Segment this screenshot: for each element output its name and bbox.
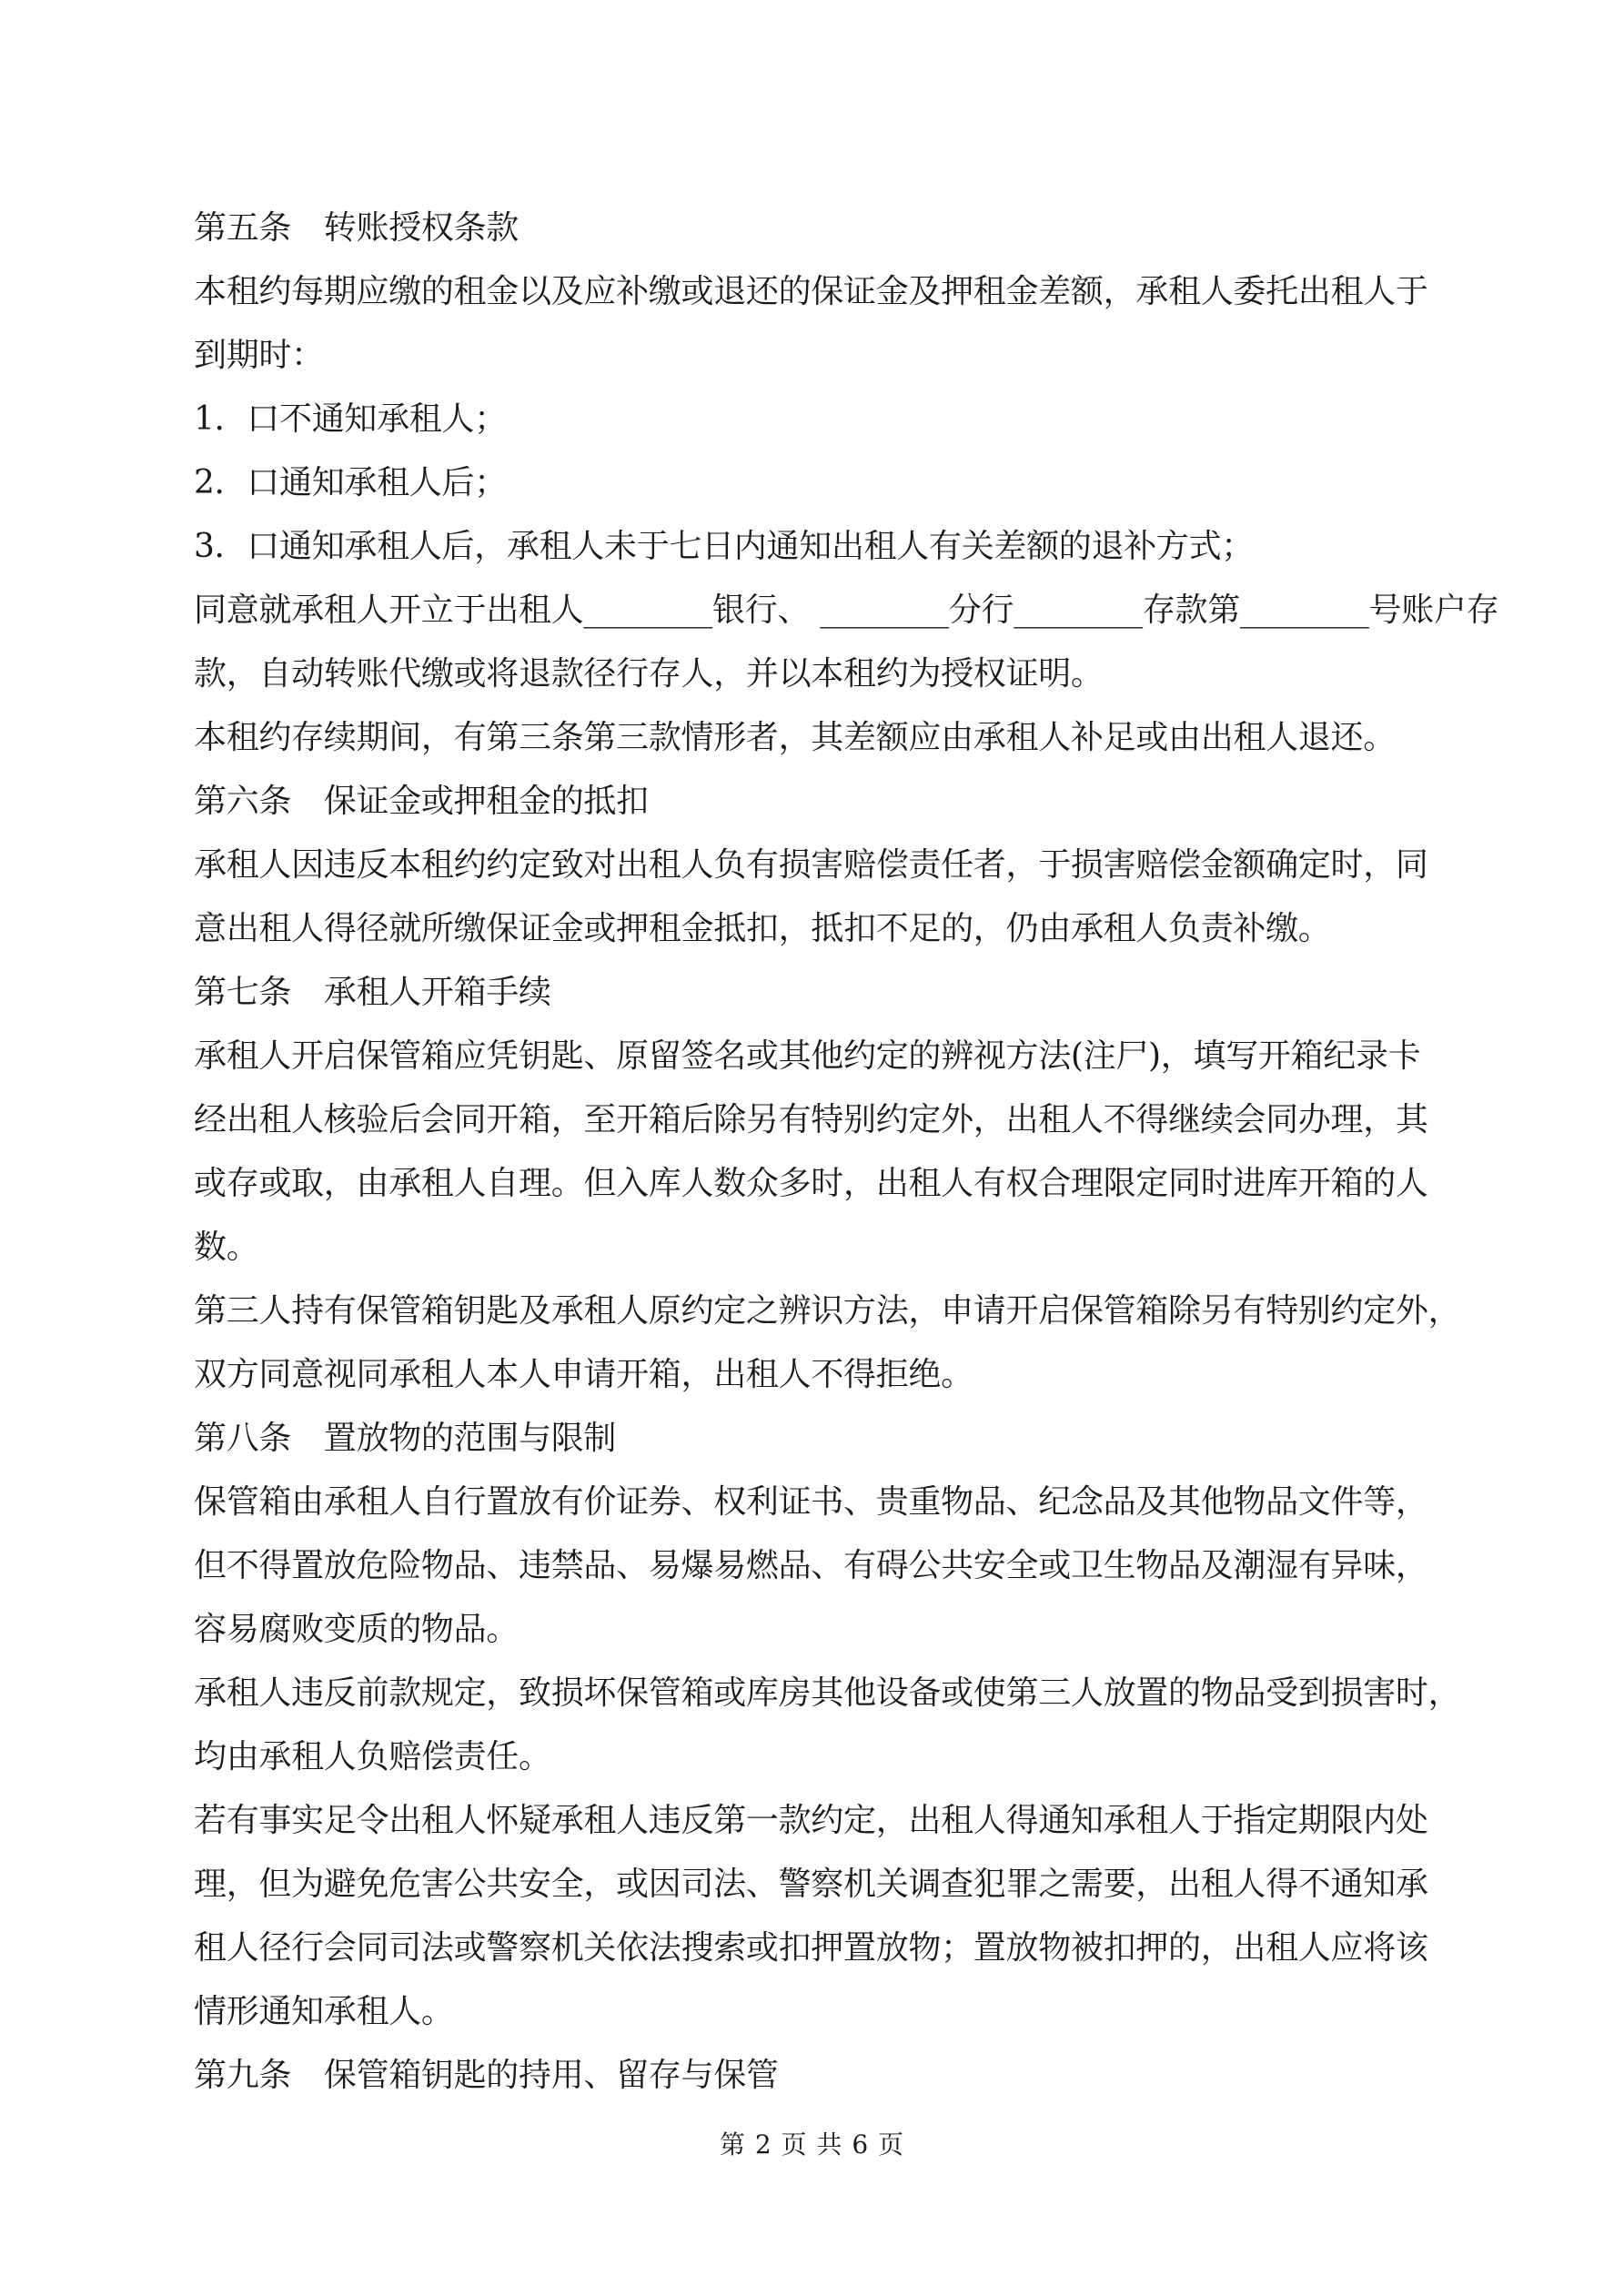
paragraph-line: 第三人持有保管箱钥匙及承租人原约定之辨识方法，申请开启保管箱除另有特别约定外， (194, 1279, 1433, 1343)
paragraph-line: 本租约存续期间，有第三条第三款情形者，其差额应由承租人补足或由出租人退还。 (194, 706, 1433, 770)
article-6-heading: 第六条 保证金或押租金的抵扣 (194, 770, 1433, 834)
article-5-heading: 第五条 转账授权条款 (194, 197, 1433, 260)
article-8-heading: 第八条 置放物的范围与限制 (194, 1407, 1433, 1471)
paragraph-line: 数。 (194, 1216, 1433, 1279)
paragraph-line: 情形通知承租人。 (194, 1980, 1433, 2044)
paragraph-line: 经出租人核验后会同开箱，至开箱后除另有特别约定外，出租人不得继续会同办理，其 (194, 1088, 1433, 1152)
paragraph-line: 承租人开启保管箱应凭钥匙、原留签名或其他约定的辨视方法(注尸)，填写开箱纪录卡 (194, 1025, 1433, 1088)
paragraph-line: 租人径行会同司法或警察机关依法搜索或扣押置放物；置放物被扣押的，出租人应将该 (194, 1917, 1433, 1980)
paragraph-line: 但不得置放危险物品、违禁品、易爆易燃品、有碍公共安全或卫生物品及潮湿有异味， (194, 1534, 1433, 1598)
paragraph-line: 均由承租人负赔偿责任。 (194, 1725, 1433, 1789)
paragraph-line: 若有事实足令出租人怀疑承租人违反第一款约定，出租人得通知承租人于指定期限内处 (194, 1789, 1433, 1853)
document-body: 第五条 转账授权条款 本租约每期应缴的租金以及应补缴或退还的保证金及押租金差额，… (194, 197, 1433, 2108)
paragraph-line: 或存或取，由承租人自理。但入库人数众多时，出租人有权合理限定同时进库开箱的人 (194, 1152, 1433, 1216)
paragraph-line: 到期时： (194, 324, 1433, 388)
paragraph-line: 款，自动转账代缴或将退款径行存人，并以本租约为授权证明。 (194, 642, 1433, 706)
bank-account-blanks-line: 同意就承租人开立于出租人________银行、 ________分行______… (194, 579, 1433, 642)
clause-option-2: 2．口通知承租人后； (194, 451, 1433, 515)
paragraph-line: 双方同意视同承租人本人申请开箱，出租人不得拒绝。 (194, 1343, 1433, 1407)
paragraph-line: 容易腐败变质的物品。 (194, 1598, 1433, 1662)
clause-option-1: 1．口不通知承租人； (194, 388, 1433, 451)
clause-option-3: 3．口通知承租人后，承租人未于七日内通知出租人有关差额的退补方式； (194, 515, 1433, 579)
paragraph-line: 承租人因违反本租约约定致对出租人负有损害赔偿责任者，于损害赔偿金额确定时，同 (194, 834, 1433, 897)
paragraph-line: 意出租人得径就所缴保证金或押租金抵扣，抵扣不足的，仍由承租人负责补缴。 (194, 897, 1433, 961)
paragraph-line: 保管箱由承租人自行置放有价证券、权利证书、贵重物品、纪念品及其他物品文件等， (194, 1471, 1433, 1534)
article-9-heading: 第九条 保管箱钥匙的持用、留存与保管 (194, 2044, 1433, 2108)
article-7-heading: 第七条 承租人开箱手续 (194, 961, 1433, 1025)
paragraph-line: 承租人违反前款规定，致损坏保管箱或库房其他设备或使第三人放置的物品受到损害时， (194, 1662, 1433, 1725)
paragraph-line: 本租约每期应缴的租金以及应补缴或退还的保证金及押租金差额，承租人委托出租人于 (194, 260, 1433, 324)
contract-document-page: 第五条 转账授权条款 本租约每期应缴的租金以及应补缴或退还的保证金及押租金差额，… (0, 0, 1624, 2296)
paragraph-line: 理，但为避免危害公共安全，或因司法、警察机关调查犯罪之需要，出租人得不通知承 (194, 1853, 1433, 1917)
page-number-footer: 第 2 页 共 6 页 (0, 2113, 1624, 2177)
